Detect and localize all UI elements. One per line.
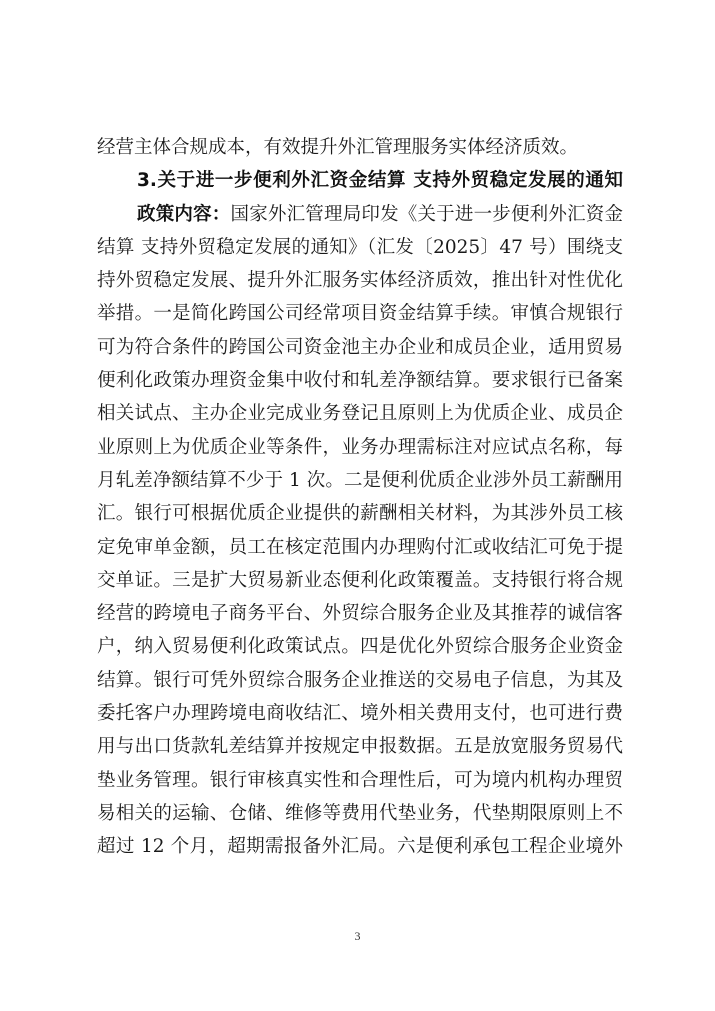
paragraph-line: 垫业务管理。银行审核真实性和合理性后，可为境内机构办理贸 [97, 764, 623, 797]
paragraph-line: 定免审单金额，员工在核定范围内办理购付汇或收结汇可免于提 [97, 531, 623, 564]
paragraph-text: 国家外汇管理局印发《关于进一步便利外汇资金 [231, 204, 623, 225]
paragraph-line: 举措。一是简化跨国公司经常项目资金结算手续。审慎合规银行 [97, 297, 623, 330]
paragraph-line: 经营主体合规成本，有效提升外汇管理服务实体经济质效。 [97, 131, 623, 164]
paragraph-line: 经营的跨境电子商务平台、外贸综合服务企业及其推荐的诚信客 [97, 597, 623, 630]
paragraph-line: 相关试点、主办企业完成业务登记且原则上为优质企业、成员企 [97, 397, 623, 430]
paragraph-line: 交单证。三是扩大贸易新业态便利化政策覆盖。支持银行将合规 [97, 564, 623, 597]
paragraph-line: 政策内容：国家外汇管理局印发《关于进一步便利外汇资金 [97, 198, 623, 231]
paragraph-line: 户，纳入贸易便利化政策试点。四是优化外贸综合服务企业资金 [97, 630, 623, 663]
paragraph-line: 月轧差净额结算不少于 1 次。二是便利优质企业涉外员工薪酬用 [97, 464, 623, 497]
section-heading: 3.关于进一步便利外汇资金结算 支持外贸稳定发展的通知 [97, 164, 623, 197]
paragraph-line: 委托客户办理跨境电商收结汇、境外相关费用支付，也可进行费 [97, 697, 623, 730]
page-number: 3 [0, 929, 715, 944]
paragraph-line: 用与出口货款轧差结算并按规定申报数据。五是放宽服务贸易代 [97, 730, 623, 763]
document-page: 经营主体合规成本，有效提升外汇管理服务实体经济质效。 3.关于进一步便利外汇资金… [0, 0, 715, 1011]
paragraph-line: 业原则上为优质企业等条件，业务办理需标注对应试点名称，每 [97, 431, 623, 464]
paragraph-line: 持外贸稳定发展、提升外汇服务实体经济质效，推出针对性优化 [97, 264, 623, 297]
paragraph-line: 易相关的运输、仓储、维修等费用代垫业务，代垫期限原则上不 [97, 797, 623, 830]
paragraph-line: 超过 12 个月，超期需报备外汇局。六是便利承包工程企业境外 [97, 830, 623, 863]
paragraph-line: 可为符合条件的跨国公司资金池主办企业和成员企业，适用贸易 [97, 331, 623, 364]
paragraph-line: 便利化政策办理资金集中收付和轧差净额结算。要求银行已备案 [97, 364, 623, 397]
paragraph-line: 结算 支持外贸稳定发展的通知》（汇发〔2025〕47 号）围绕支 [97, 231, 623, 264]
paragraph-line: 结算。银行可凭外贸综合服务企业推送的交易电子信息，为其及 [97, 664, 623, 697]
paragraph-line: 汇。银行可根据优质企业提供的薪酬相关材料，为其涉外员工核 [97, 497, 623, 530]
policy-content-label: 政策内容： [137, 204, 231, 225]
page-body: 经营主体合规成本，有效提升外汇管理服务实体经济质效。 3.关于进一步便利外汇资金… [97, 131, 623, 864]
